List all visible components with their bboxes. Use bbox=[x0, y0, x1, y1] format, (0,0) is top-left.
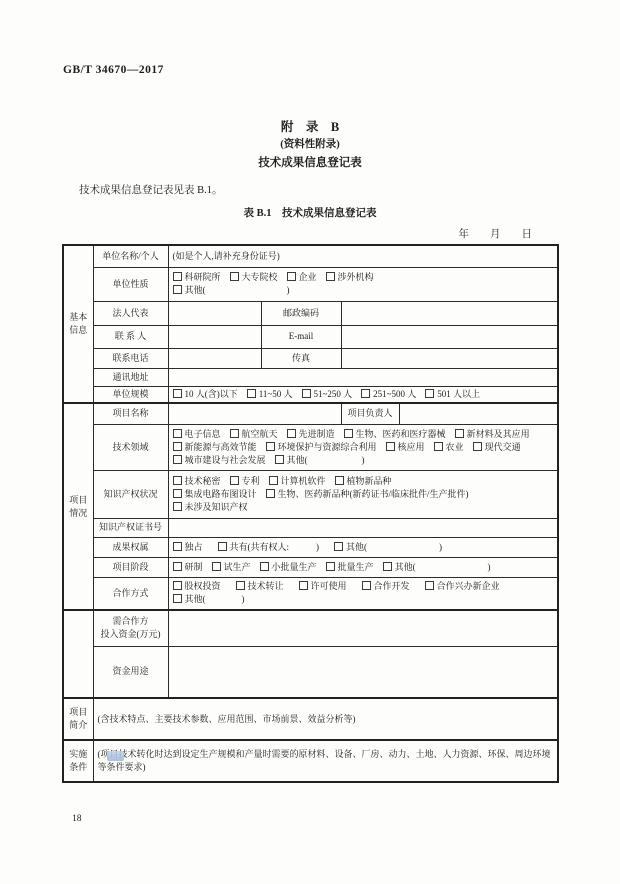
checkbox-option: 核应用 bbox=[386, 441, 425, 454]
checkbox-option-label: 其他( ) bbox=[185, 285, 290, 295]
checkbox-icon bbox=[334, 542, 343, 551]
label-unit-scale: 单位规模 bbox=[93, 386, 168, 403]
checkbox-option: 51~250 人 bbox=[302, 388, 353, 401]
checkbox-icon bbox=[247, 389, 256, 398]
checkbox-option-label: 批量生产 bbox=[338, 562, 374, 572]
document-page: GB/T 34670—2017 附 录 B (资料性附录) 技术成果信息登记表 … bbox=[0, 0, 620, 884]
label-phone: 联系电话 bbox=[93, 348, 168, 368]
checkbox-icon bbox=[361, 389, 370, 398]
label-ownership: 成果权属 bbox=[93, 537, 168, 557]
label-project-name: 项目名称 bbox=[93, 403, 168, 424]
checkbox-option: 新材料及其应用 bbox=[455, 428, 530, 441]
appendix-title: 附 录 B bbox=[0, 117, 620, 135]
checkbox-option: 其他( ) bbox=[173, 593, 245, 606]
label-email: E-mail bbox=[261, 325, 341, 348]
label-cooperation: 合作方式 bbox=[93, 577, 168, 610]
checkbox-option: 251~500 人 bbox=[361, 388, 416, 401]
checkbox-option-label: 其他( ) bbox=[185, 594, 245, 604]
checkbox-option-label: 11~50 人 bbox=[259, 389, 293, 399]
options-line: 独占共有(共有权人: )其他( ) bbox=[173, 541, 554, 554]
checkbox-icon bbox=[173, 429, 182, 438]
checkbox-icon bbox=[173, 455, 182, 464]
checkbox-option: 生物、医药新品种(新药证书/临床批件/生产批件) bbox=[266, 488, 469, 501]
checkbox-icon bbox=[173, 502, 182, 511]
options-unit-type: 科研院所大专院校企业涉外机构 其他( ) bbox=[168, 267, 558, 301]
checkbox-icon bbox=[173, 542, 182, 551]
checkbox-option-label: 技术转让 bbox=[248, 581, 284, 591]
checkbox-option-label: 生物、医药和医疗器械 bbox=[356, 429, 446, 439]
checkbox-option-label: 51~250 人 bbox=[314, 389, 353, 399]
label-funds-use: 资金用途 bbox=[93, 646, 168, 698]
standard-code: GB/T 34670—2017 bbox=[63, 64, 164, 76]
checkbox-option: 11~50 人 bbox=[247, 388, 293, 401]
checkbox-icon bbox=[266, 442, 275, 451]
checkbox-icon bbox=[455, 429, 464, 438]
checkbox-option: 小批量生产 bbox=[260, 561, 317, 574]
input-cell-contact-person bbox=[168, 325, 261, 348]
label-funds-needed: 需合作方 投入资金(万元) bbox=[93, 610, 168, 646]
label-project-leader: 项目负责人 bbox=[341, 403, 399, 424]
checkbox-option-label: 未涉及知识产权 bbox=[185, 502, 248, 512]
checkbox-icon bbox=[326, 272, 335, 281]
checkbox-option-label: 计算机软件 bbox=[281, 476, 326, 486]
checkbox-option: 共有(共有权人: ) bbox=[218, 541, 320, 554]
label-legal-rep: 法人代表 bbox=[93, 301, 168, 325]
checkbox-option-label: 农业 bbox=[446, 442, 464, 452]
checkbox-option-label: 技术秘密 bbox=[185, 476, 221, 486]
section-spacer-cell bbox=[63, 610, 93, 698]
checkbox-icon bbox=[173, 581, 182, 590]
appendix-type-label: (资料性附录) bbox=[0, 136, 620, 151]
checkbox-option: 现代交通 bbox=[473, 441, 521, 454]
checkbox-option-label: 植物新品种 bbox=[347, 476, 392, 486]
checkbox-icon bbox=[383, 562, 392, 571]
checkbox-icon bbox=[473, 442, 482, 451]
checkbox-option: 专利 bbox=[230, 475, 260, 488]
label-impl-conditions: 实施 条件 bbox=[63, 740, 93, 782]
checkbox-icon bbox=[266, 489, 275, 498]
input-cell-funds-use bbox=[168, 646, 558, 698]
checkbox-icon bbox=[386, 442, 395, 451]
checkbox-option: 其他( ) bbox=[173, 284, 290, 297]
value-impl-conditions: (项目技术转化时达到设定生产规模和产量时需要的原材料、设备、厂房、动力、土地、人… bbox=[93, 740, 558, 782]
label-unit-name: 单位名称/个人 bbox=[93, 245, 168, 267]
checkbox-icon bbox=[287, 429, 296, 438]
options-ip-status: 技术秘密专利计算机软件植物新品种 集成电路布图设计生物、医药新品种(新药证书/临… bbox=[168, 470, 558, 518]
checkbox-option: 植物新品种 bbox=[335, 475, 392, 488]
intro-text: 技术成果信息登记表见表 B.1。 bbox=[79, 182, 223, 197]
value-project-brief: (含技术特点、主要技术参数、应用范围、市场前景、效益分析等) bbox=[93, 698, 558, 740]
options-cooperation: 股权投资技术转让许可使用合作开发合作兴办新企业其他( ) bbox=[168, 577, 558, 610]
checkbox-option: 城市建设与社会发展 bbox=[173, 454, 266, 467]
checkbox-icon bbox=[362, 581, 371, 590]
checkbox-icon bbox=[425, 581, 434, 590]
input-cell-fax bbox=[341, 348, 558, 368]
input-cell-postal-code bbox=[341, 301, 558, 325]
checkbox-icon bbox=[326, 562, 335, 571]
checkbox-option-label: 专利 bbox=[242, 476, 260, 486]
checkbox-option: 其他( ) bbox=[334, 541, 442, 554]
label-ip-cert: 知识产权证书号 bbox=[93, 518, 168, 537]
checkbox-icon bbox=[173, 285, 182, 294]
checkbox-option: 研制 bbox=[173, 561, 203, 574]
checkbox-option-label: 合作兴办新企业 bbox=[437, 581, 500, 591]
options-line: 技术秘密专利计算机软件植物新品种 bbox=[173, 475, 554, 488]
checkbox-icon bbox=[173, 442, 182, 451]
checkbox-icon bbox=[173, 489, 182, 498]
checkbox-option-label: 集成电路布图设计 bbox=[185, 489, 257, 499]
label-tech-field: 技术领域 bbox=[93, 424, 168, 470]
checkbox-option-label: 城市建设与社会发展 bbox=[185, 455, 266, 465]
checkbox-option: 批量生产 bbox=[326, 561, 374, 574]
checkbox-icon bbox=[173, 389, 182, 398]
checkbox-icon bbox=[173, 594, 182, 603]
options-line: 电子信息航空航天先进制造生物、医药和医疗器械新材料及其应用 bbox=[173, 428, 554, 441]
options-line: 股权投资技术转让许可使用合作开发合作兴办新企业其他( ) bbox=[173, 580, 554, 606]
input-cell-project-leader bbox=[399, 403, 558, 424]
checkbox-option-label: 其他( ) bbox=[346, 542, 442, 552]
checkbox-option: 10 人(含)以下 bbox=[173, 388, 238, 401]
checkbox-option-label: 环境保护与资源综合利用 bbox=[278, 442, 377, 452]
options-line: 研制试生产小批量生产批量生产其他( ) bbox=[173, 561, 554, 574]
checkbox-icon bbox=[173, 272, 182, 281]
input-cell-email bbox=[341, 325, 558, 348]
input-cell-ip-cert bbox=[168, 518, 558, 537]
checkbox-option: 环境保护与资源综合利用 bbox=[266, 441, 377, 454]
section-basic-info: 基本 信息 bbox=[63, 245, 93, 403]
watermark-artifact bbox=[107, 751, 124, 761]
checkbox-icon bbox=[212, 562, 221, 571]
checkbox-option: 涉外机构 bbox=[326, 271, 374, 284]
input-cell-project-name bbox=[168, 403, 341, 424]
options-unit-scale: 10 人(含)以下11~50 人51~250 人251~500 人501 人以上 bbox=[168, 386, 558, 403]
checkbox-option-label: 新能源与高效节能 bbox=[185, 442, 257, 452]
checkbox-icon bbox=[230, 476, 239, 485]
checkbox-icon bbox=[335, 476, 344, 485]
label-ip-status: 知识产权状况 bbox=[93, 470, 168, 518]
input-cell-funds-needed bbox=[168, 610, 558, 646]
label-project-brief: 项目 简介 bbox=[63, 698, 93, 740]
checkbox-option: 未涉及知识产权 bbox=[173, 501, 248, 514]
input-cell-legal-rep bbox=[168, 301, 261, 325]
checkbox-option-label: 现代交通 bbox=[485, 442, 521, 452]
checkbox-option: 技术转让 bbox=[236, 580, 284, 593]
checkbox-option: 501 人以上 bbox=[425, 388, 480, 401]
appendix-name: 技术成果信息登记表 bbox=[0, 154, 620, 170]
checkbox-option-label: 先进制造 bbox=[299, 429, 335, 439]
checkbox-icon bbox=[302, 389, 311, 398]
checkbox-option: 科研院所 bbox=[173, 271, 221, 284]
checkbox-option-label: 股权投资 bbox=[185, 581, 221, 591]
checkbox-option-label: 研制 bbox=[185, 562, 203, 572]
checkbox-option-label: 小批量生产 bbox=[272, 562, 317, 572]
checkbox-option: 计算机软件 bbox=[269, 475, 326, 488]
checkbox-option: 大专院校 bbox=[230, 271, 278, 284]
options-tech-field: 电子信息航空航天先进制造生物、医药和医疗器械新材料及其应用 新能源与高效节能环境… bbox=[168, 424, 558, 470]
table-caption: 表 B.1 技术成果信息登记表 bbox=[0, 205, 620, 220]
checkbox-option: 先进制造 bbox=[287, 428, 335, 441]
checkbox-icon bbox=[230, 429, 239, 438]
options-line: 新能源与高效节能环境保护与资源综合利用核应用农业现代交通 bbox=[173, 441, 554, 454]
checkbox-option-label: 涉外机构 bbox=[338, 272, 374, 282]
label-fax: 传真 bbox=[261, 348, 341, 368]
checkbox-icon bbox=[173, 562, 182, 571]
options-ownership: 独占共有(共有权人: )其他( ) bbox=[168, 537, 558, 557]
options-line: 城市建设与社会发展其他( ) bbox=[173, 454, 554, 467]
checkbox-option-label: 新材料及其应用 bbox=[467, 429, 530, 439]
checkbox-icon bbox=[218, 542, 227, 551]
checkbox-option-label: 251~500 人 bbox=[373, 389, 416, 399]
checkbox-icon bbox=[287, 272, 296, 281]
registration-form-table: 基本 信息 单位名称/个人 (如是个人,请补充身份证号) 单位性质 科研院所大专… bbox=[62, 244, 559, 783]
checkbox-option: 许可使用 bbox=[299, 580, 347, 593]
checkbox-icon bbox=[344, 429, 353, 438]
checkbox-option-label: 科研院所 bbox=[185, 272, 221, 282]
checkbox-icon bbox=[173, 476, 182, 485]
checkbox-icon bbox=[434, 442, 443, 451]
input-cell-address bbox=[168, 368, 558, 386]
label-stage: 项目阶段 bbox=[93, 557, 168, 577]
options-line: 集成电路布图设计生物、医药新品种(新药证书/临床批件/生产批件)未涉及知识产权 bbox=[173, 488, 554, 514]
checkbox-option-label: 共有(共有权人: ) bbox=[230, 542, 320, 552]
section-project-info: 项目 情况 bbox=[63, 403, 93, 610]
checkbox-option-label: 电子信息 bbox=[185, 429, 221, 439]
checkbox-option: 集成电路布图设计 bbox=[173, 488, 257, 501]
date-line: 年 月 日 bbox=[459, 226, 533, 241]
checkbox-option-label: 生物、医药新品种(新药证书/临床批件/生产批件) bbox=[278, 489, 469, 499]
checkbox-option-label: 航空航天 bbox=[242, 429, 278, 439]
checkbox-icon bbox=[425, 389, 434, 398]
checkbox-option-label: 10 人(含)以下 bbox=[185, 389, 238, 399]
checkbox-icon bbox=[260, 562, 269, 571]
checkbox-option: 技术秘密 bbox=[173, 475, 221, 488]
checkbox-option: 航空航天 bbox=[230, 428, 278, 441]
checkbox-option: 电子信息 bbox=[173, 428, 221, 441]
checkbox-option: 股权投资 bbox=[173, 580, 221, 593]
checkbox-option: 独占 bbox=[173, 541, 203, 554]
page-number: 18 bbox=[72, 814, 82, 824]
options-stage: 研制试生产小批量生产批量生产其他( ) bbox=[168, 557, 558, 577]
options-line: 其他( ) bbox=[173, 284, 554, 297]
checkbox-option-label: 试生产 bbox=[224, 562, 251, 572]
checkbox-option-label: 核应用 bbox=[398, 442, 425, 452]
checkbox-option-label: 其他( ) bbox=[287, 455, 365, 465]
checkbox-icon bbox=[269, 476, 278, 485]
checkbox-option-label: 501 人以上 bbox=[437, 389, 480, 399]
checkbox-icon bbox=[299, 581, 308, 590]
checkbox-option-label: 其他( ) bbox=[395, 562, 491, 572]
label-postal-code: 邮政编码 bbox=[261, 301, 341, 325]
checkbox-option-label: 独占 bbox=[185, 542, 203, 552]
checkbox-icon bbox=[236, 581, 245, 590]
checkbox-option-label: 企业 bbox=[299, 272, 317, 282]
checkbox-option: 合作兴办新企业 bbox=[425, 580, 500, 593]
input-cell-phone bbox=[168, 348, 261, 368]
checkbox-icon bbox=[230, 272, 239, 281]
label-unit-type: 单位性质 bbox=[93, 267, 168, 301]
label-address: 通讯地址 bbox=[93, 368, 168, 386]
checkbox-option-label: 合作开发 bbox=[374, 581, 410, 591]
options-line: 科研院所大专院校企业涉外机构 bbox=[173, 271, 554, 284]
checkbox-option-label: 大专院校 bbox=[242, 272, 278, 282]
checkbox-option: 试生产 bbox=[212, 561, 251, 574]
checkbox-option: 企业 bbox=[287, 271, 317, 284]
label-contact-person: 联 系 人 bbox=[93, 325, 168, 348]
checkbox-option-label: 许可使用 bbox=[311, 581, 347, 591]
checkbox-option: 农业 bbox=[434, 441, 464, 454]
checkbox-option: 新能源与高效节能 bbox=[173, 441, 257, 454]
checkbox-icon bbox=[275, 455, 284, 464]
checkbox-option: 其他( ) bbox=[275, 454, 365, 467]
checkbox-option: 其他( ) bbox=[383, 561, 491, 574]
checkbox-option: 生物、医药和医疗器械 bbox=[344, 428, 446, 441]
options-line: 10 人(含)以下11~50 人51~250 人251~500 人501 人以上 bbox=[173, 388, 554, 401]
checkbox-option: 合作开发 bbox=[362, 580, 410, 593]
value-unit-name: (如是个人,请补充身份证号) bbox=[168, 245, 558, 267]
